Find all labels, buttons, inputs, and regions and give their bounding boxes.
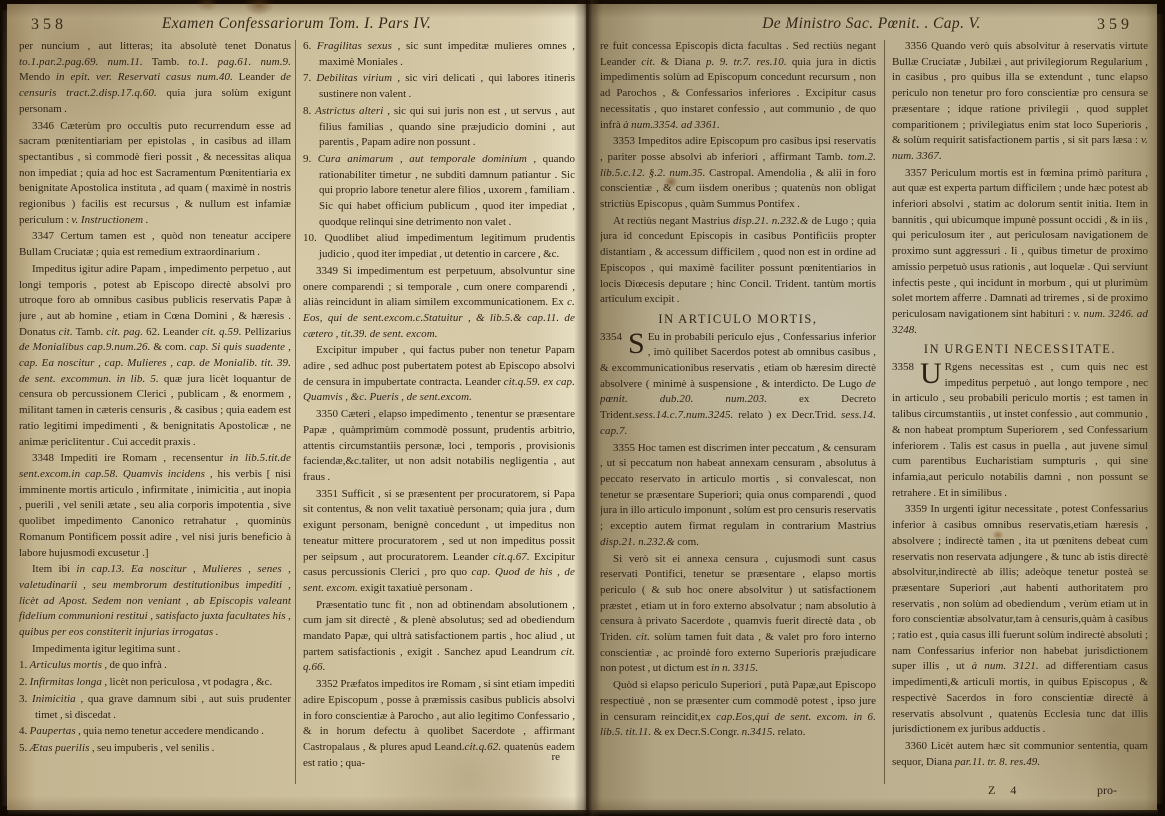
paragraph: 3347 Certum tamen est , quòd non teneatu…	[19, 229, 291, 260]
paragraph-number: 3354	[600, 330, 622, 346]
right-page: 359 De Ministro Sac. Pœnit. . Cap. V. re…	[586, 4, 1157, 810]
catchword-left: re	[551, 751, 560, 763]
paragraph: 5. Ætas puerilis , seu impuberis , vel s…	[19, 741, 291, 757]
paragraph: 3349 Si impedimentum est perpetuum, abso…	[303, 264, 575, 343]
paragraph: 3352 Præfatos impeditos ire Romam , si s…	[303, 677, 575, 771]
paragraph: Impedimenta igitur legitima sunt .	[19, 642, 291, 658]
paragraph: 1. Articulus mortis , de quo infrà .	[19, 658, 291, 674]
column-rule-left	[295, 40, 296, 784]
paragraph: 3350 Cæteri , elapso impedimento , tenen…	[303, 407, 575, 486]
book-photo: 358 Examen Confessariorum Tom. I. Pars I…	[0, 0, 1165, 816]
paragraph: Si verò sit ei annexa censura , cujusmod…	[600, 552, 876, 678]
paragraph: Item ibi in cap.13. Ea noscitur , Mulier…	[19, 562, 291, 641]
text-column-3: re fuit concessa Episcopis dicta faculta…	[600, 39, 876, 787]
text-column-1: per nuncium , aut litteras; ita absolutè…	[19, 39, 291, 787]
paragraph: 3358URgens necessitas est , cum quis nec…	[892, 360, 1148, 501]
paragraph-number: 3358	[892, 360, 914, 376]
paragraph: 3351 Sufficit , si se præsentent per pro…	[303, 487, 575, 597]
paragraph: 7. Debilitas virium , sic viri delicati …	[303, 71, 575, 102]
paragraph: 9. Cura animarum , aut temporale dominiu…	[303, 152, 575, 231]
paragraph: re fuit concessa Episcopis dicta faculta…	[600, 39, 876, 133]
paragraph: Quòd si elapso periculo Superiori , putà…	[600, 678, 876, 741]
paragraph: 3. Inimicitia , qua grave damnum sibi , …	[19, 692, 291, 723]
paragraph: 8. Astrictus alteri , sic qui sui juris …	[303, 104, 575, 151]
section-heading: IN ARTICULO MORTIS,	[600, 312, 876, 328]
paragraph: 3354SEu in probabili periculo ejus , Con…	[600, 330, 876, 440]
page-block-edge-bottom	[8, 809, 1158, 816]
drop-cap: U	[919, 360, 945, 387]
paragraph: 3346 Cæterùm pro occultis puto recurrend…	[19, 119, 291, 229]
paragraph: 6. Fragilitas sexus , sic sunt impeditæ …	[303, 39, 575, 70]
paragraph: 10. Quodlibet aliud impedimentum legitim…	[303, 231, 575, 262]
paragraph: 4. Paupertas , quia nemo tenetur acceder…	[19, 724, 291, 740]
paragraph: per nuncium , aut litteras; ita absolutè…	[19, 39, 291, 118]
paragraph: 3348 Impediti ire Romam , recensentur in…	[19, 451, 291, 561]
left-page: 358 Examen Confessariorum Tom. I. Pars I…	[7, 4, 586, 810]
signature-mark: Z 4	[988, 783, 1022, 798]
text-column-2: 6. Fragilitas sexus , sic sunt impeditæ …	[303, 39, 575, 787]
signature-line: Z 4 pro-	[988, 783, 1117, 798]
catchword-right: pro-	[1097, 783, 1117, 798]
running-title-left: Examen Confessariorum Tom. I. Pars IV.	[7, 15, 586, 33]
paragraph: 2. Infirmitas longa , licèt non periculo…	[19, 675, 291, 691]
paragraph: Excipitur impuber , qui factus puber non…	[303, 343, 575, 406]
paragraph: 3357 Periculum mortis est in fœmina prim…	[892, 166, 1148, 339]
paragraph: Præsentatio tunc fit , non ad obtinendam…	[303, 598, 575, 677]
paragraph: 3353 Impeditos adire Episcopum pro casib…	[600, 134, 876, 213]
paragraph: 3359 In urgenti igitur necessitate , pot…	[892, 502, 1148, 738]
text-column-4: 3356 Quando verò quis absolvitur à reser…	[892, 39, 1148, 787]
paragraph: 3356 Quando verò quis absolvitur à reser…	[892, 39, 1148, 165]
paragraph: 3360 Licèt autem hæc sit communior sente…	[892, 739, 1148, 770]
column-rule-right	[884, 40, 885, 784]
paragraph: Impeditus igitur adire Papam , impedimen…	[19, 262, 291, 450]
paragraph: At rectiùs negant Mastrius disp.21. n.23…	[600, 214, 876, 308]
section-heading: IN URGENTI NECESSITATE.	[892, 342, 1148, 358]
paragraph: 3355 Hoc tamen est discrimen inter pecca…	[600, 441, 876, 551]
running-title-right: De Ministro Sac. Pœnit. . Cap. V.	[586, 15, 1157, 33]
drop-cap: S	[627, 330, 648, 357]
